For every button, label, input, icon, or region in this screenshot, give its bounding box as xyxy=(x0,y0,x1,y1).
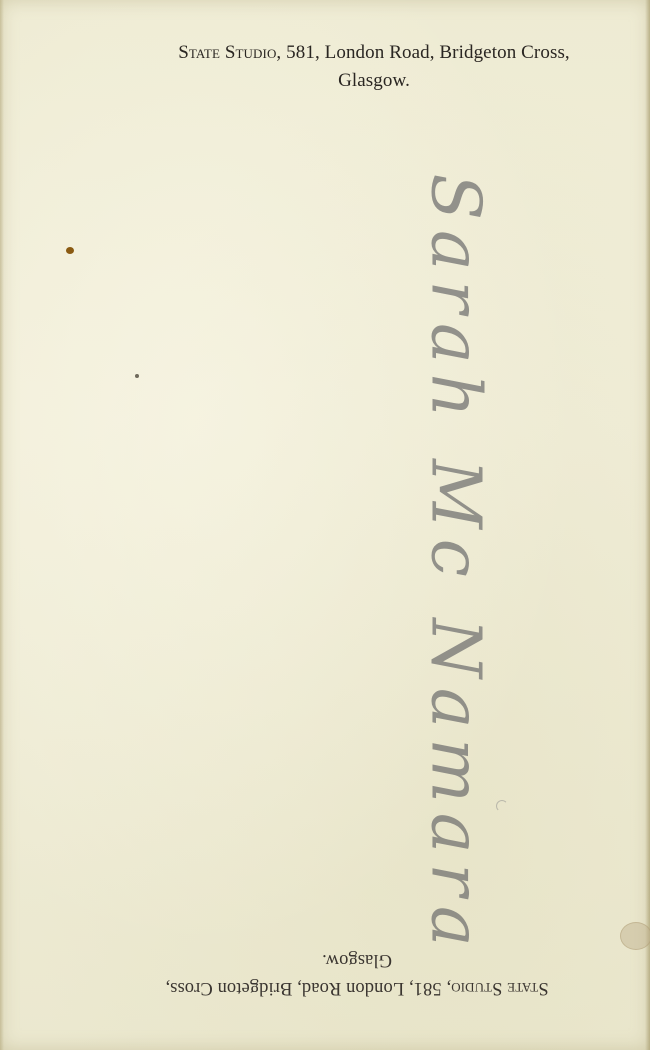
studio-imprint-top: State Studio, 581, London Road, Bridgeto… xyxy=(100,39,648,95)
card-left-edge xyxy=(0,0,4,1050)
studio-address-line: State Studio, 581, London Road, Bridgeto… xyxy=(100,39,648,67)
studio-name-inverted: State Studio, xyxy=(446,978,548,998)
studio-address-line-inverted: State Studio, 581, London Road, Bridgeto… xyxy=(72,974,642,1002)
pencil-stray-mark xyxy=(496,800,508,812)
photo-card-back: State Studio, 581, London Road, Bridgeto… xyxy=(0,0,650,1050)
dirt-speck xyxy=(135,374,139,378)
handwritten-name: Sarah Mc Namara xyxy=(416,173,495,956)
studio-name: State Studio, xyxy=(178,42,281,63)
rust-spot xyxy=(66,247,74,254)
studio-address-inverted: 581, London Road, Bridgeton Cross, xyxy=(165,978,446,998)
studio-imprint-bottom-inverted: State Studio, 581, London Road, Bridgeto… xyxy=(72,946,642,1002)
studio-city: Glasgow. xyxy=(100,67,648,95)
studio-address: 581, London Road, Bridgeton Cross, xyxy=(281,42,570,63)
card-right-edge xyxy=(645,0,650,1050)
studio-city-inverted: Glasgow. xyxy=(72,946,642,974)
water-stain xyxy=(620,922,650,950)
